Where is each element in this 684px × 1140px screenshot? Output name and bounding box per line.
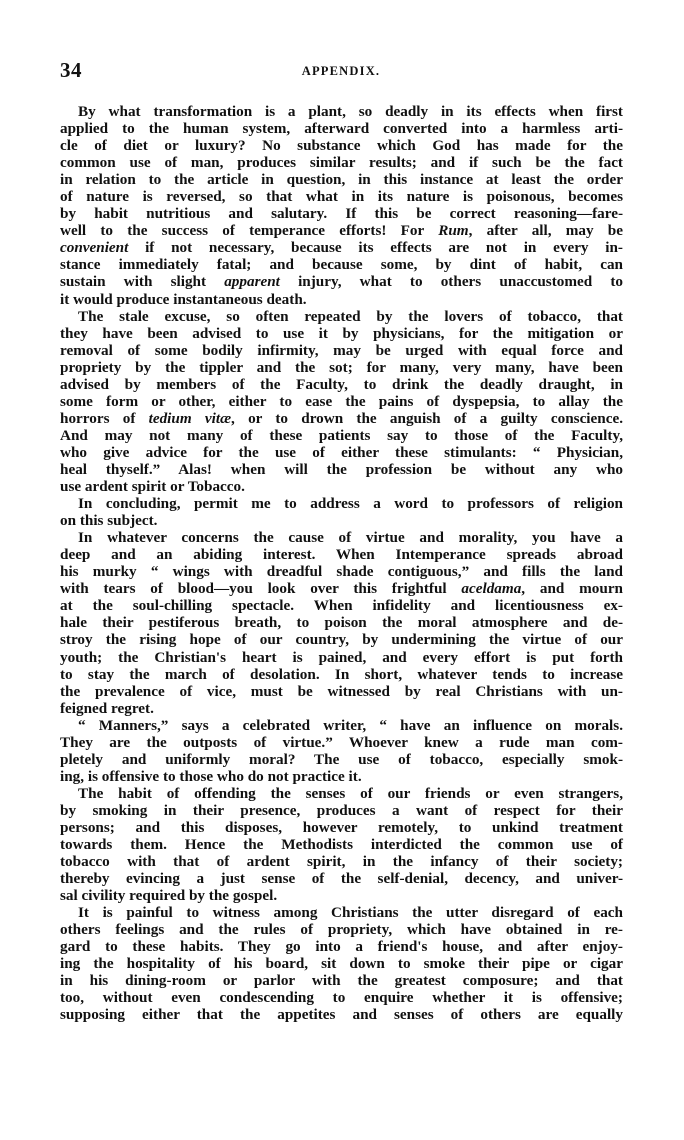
text-line: stroy the rising hope of our country, by…: [60, 631, 623, 648]
text-line: with tears of blood—you look over this f…: [60, 580, 623, 597]
text-line: persons; and this disposes, however remo…: [60, 819, 623, 836]
text-line: heal thyself.” Alas! when will the profe…: [60, 461, 623, 478]
text-line: too, without even condescending to enqui…: [60, 989, 623, 1006]
text-line: his murky “ wings with dreadful shade co…: [60, 563, 623, 580]
text-line: it would produce instantaneous death.: [60, 291, 623, 308]
running-head: APPENDIX.: [60, 64, 622, 79]
text-line: in relation to the article in question, …: [60, 171, 623, 188]
text-line: deep and an abiding interest. When Intem…: [60, 546, 623, 563]
text-line: They are the outposts of virtue.” Whoeve…: [60, 734, 623, 751]
text-line: at the soul-chilling spectacle. When inf…: [60, 597, 623, 614]
text-line: By what transformation is a plant, so de…: [60, 103, 623, 120]
page-header: 34 APPENDIX.: [60, 58, 622, 84]
italic-text: Rum: [438, 222, 468, 239]
text-line: The stale excuse, so often repeated by t…: [60, 308, 623, 325]
text-line: the prevalence of vice, must be witnesse…: [60, 683, 623, 700]
text-line: stance immediately fatal; and because so…: [60, 256, 623, 273]
paragraph: In whatever concerns the cause of virtue…: [60, 529, 623, 717]
paragraph: By what transformation is a plant, so de…: [60, 103, 623, 308]
text-line: they have been advised to use it by phys…: [60, 325, 623, 342]
text-line: hale their pestiferous breath, to poison…: [60, 614, 623, 631]
text-line: In concluding, permit me to address a wo…: [60, 495, 623, 512]
text-line: by smoking in their presence, produces a…: [60, 802, 623, 819]
text-line: tobacco with that of ardent spirit, in t…: [60, 853, 623, 870]
text-line: And may not many of these patients say t…: [60, 427, 623, 444]
text-line: The habit of offending the senses of our…: [60, 785, 623, 802]
text-line: of nature is reversed, so that what in i…: [60, 188, 623, 205]
paragraph: In concluding, permit me to address a wo…: [60, 495, 623, 529]
text-line: propriety by the tippler and the sot; fo…: [60, 359, 623, 376]
text-line: convenient if not necessary, because its…: [60, 239, 623, 256]
text-line: common use of man, produces similar resu…: [60, 154, 623, 171]
italic-text: convenient: [60, 239, 128, 256]
paragraph: “ Manners,” says a celebrated writer, “ …: [60, 717, 623, 785]
text-line: pletely and uniformly moral? The use of …: [60, 751, 623, 768]
text-line: by habit nutritious and salutary. If thi…: [60, 205, 623, 222]
text-line: horrors of tedium vitæ, or to drown the …: [60, 410, 623, 427]
text-line: thereby evincing a just sense of the sel…: [60, 870, 623, 887]
text-line: who give advice for the use of either th…: [60, 444, 623, 461]
paragraph: The stale excuse, so often repeated by t…: [60, 308, 623, 496]
text-line: applied to the human system, afterward c…: [60, 120, 623, 137]
text-line: ing, is offensive to those who do not pr…: [60, 768, 623, 785]
text-line: to stay the march of desolation. In shor…: [60, 666, 623, 683]
text-line: “ Manners,” says a celebrated writer, “ …: [60, 717, 623, 734]
text-line: It is painful to witness among Christian…: [60, 904, 623, 921]
italic-text: tedium vitæ: [149, 410, 231, 427]
text-line: youth; the Christian's heart is pained, …: [60, 649, 623, 666]
text-line: sal civility required by the gospel.: [60, 887, 623, 904]
text-line: gard to these habits. They go into a fri…: [60, 938, 623, 955]
italic-text: apparent: [224, 273, 280, 290]
text-line: some form or other, either to ease the p…: [60, 393, 623, 410]
text-line: advised by members of the Faculty, to dr…: [60, 376, 623, 393]
text-line: sustain with slight apparent injury, wha…: [60, 273, 623, 290]
text-line: supposing either that the appetites and …: [60, 1006, 623, 1023]
paragraph: The habit of offending the senses of our…: [60, 785, 623, 904]
text-line: in his dining-room or parlor with the gr…: [60, 972, 623, 989]
text-line: ing the hospitality of his board, sit do…: [60, 955, 623, 972]
paragraph: It is painful to witness among Christian…: [60, 904, 623, 1023]
italic-text: aceldama: [461, 580, 521, 597]
text-line: removal of some bodily infirmity, may be…: [60, 342, 623, 359]
body-text: By what transformation is a plant, so de…: [60, 103, 623, 1024]
text-line: In whatever concerns the cause of virtue…: [60, 529, 623, 546]
text-line: others feelings and the rules of proprie…: [60, 921, 623, 938]
text-line: feigned regret.: [60, 700, 623, 717]
text-line: use ardent spirit or Tobacco.: [60, 478, 623, 495]
text-line: well to the success of temperance effort…: [60, 222, 623, 239]
text-line: on this subject.: [60, 512, 623, 529]
text-line: cle of diet or luxury? No substance whic…: [60, 137, 623, 154]
text-line: towards them. Hence the Methodists inter…: [60, 836, 623, 853]
